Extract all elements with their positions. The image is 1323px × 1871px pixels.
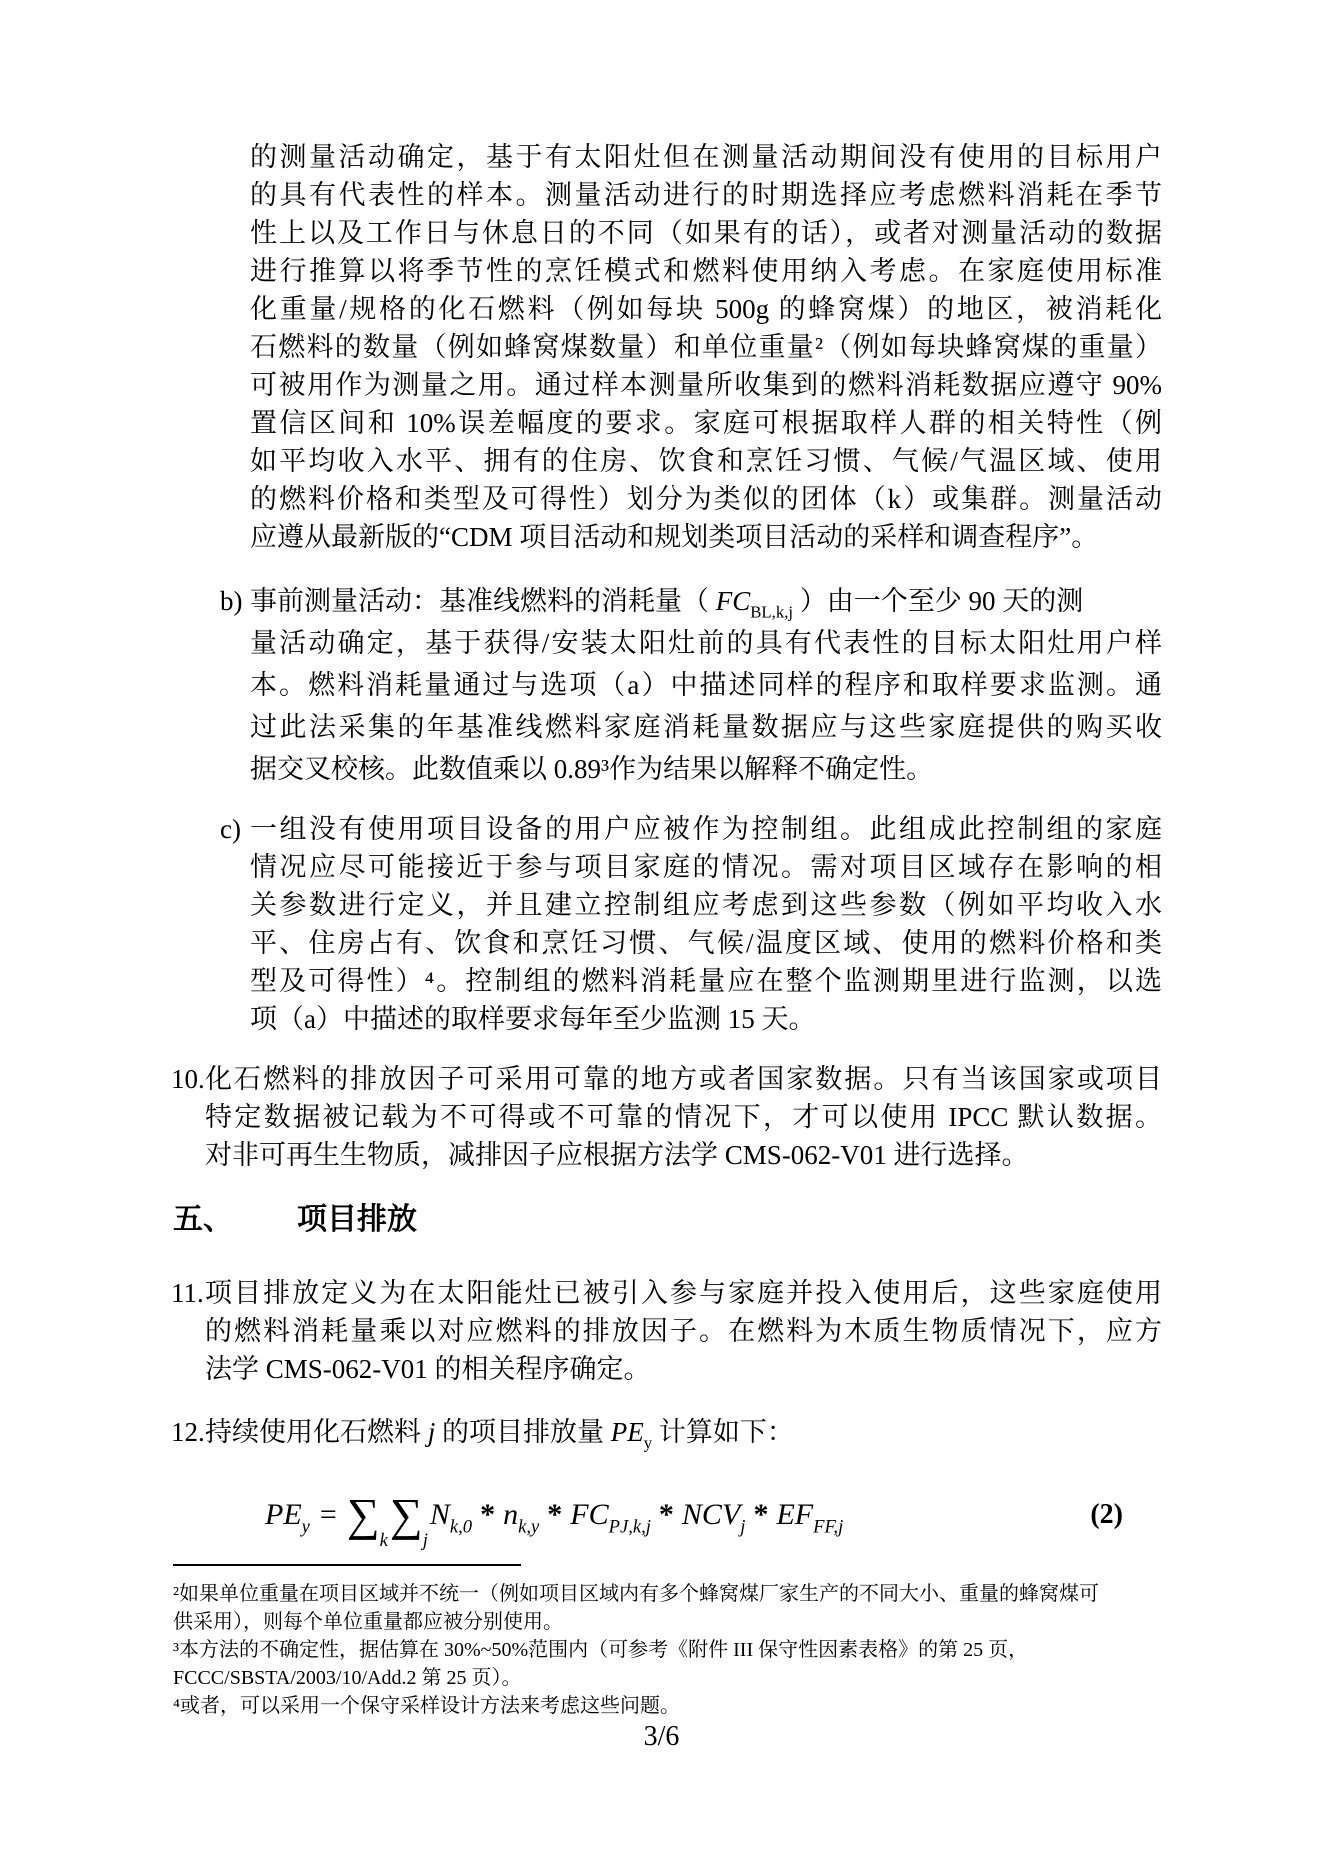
text-segment: 事前测量活动：基准线燃料的消耗量（ [250, 586, 716, 616]
multiply-operator: * [472, 1498, 503, 1532]
text-line: 的测量活动确定，基于有太阳灶但在测量活动期间没有使用的目标用户 [250, 138, 1162, 176]
variable: FC [716, 586, 751, 616]
sigma-symbol: ∑ [347, 1495, 380, 1535]
item-number: 12. [171, 1410, 205, 1454]
document-page: 的测量活动确定，基于有太阳灶但在测量活动期间没有使用的目标用户 的具有代表性的样… [0, 0, 1323, 1871]
text-line: 据交叉校核。此数值乘以 0.89³作为结果以解释不确定性。 [250, 748, 1162, 790]
summation-j: ∑j [390, 1495, 428, 1535]
text-line: 化石燃料的排放因子可采用可靠的地方或者国家数据。只有当该国家或项目 [205, 1060, 1162, 1098]
text-line: 量活动确定，基于获得/安装太阳灶前的具有代表性的目标太阳灶用户样 [250, 622, 1162, 664]
text-line: 可被用作为测量之用。通过样本测量所收集到的燃料消耗数据应遵守 90% [250, 366, 1162, 404]
text-line: 特定数据被记载为不可得或不可靠的情况下，才可以使用 IPCC 默认数据。 [205, 1098, 1162, 1136]
numbered-item-10: 10. 化石燃料的排放因子可采用可靠的地方或者国家数据。只有当该国家或项目 特定… [205, 1060, 1162, 1174]
subscript: y [302, 1516, 310, 1537]
multiply-operator: * [745, 1498, 776, 1532]
subscript: k,0 [450, 1516, 472, 1537]
section-heading: 五、项目排放 [173, 1200, 1323, 1240]
text-segment: 计算如下： [652, 1417, 794, 1447]
text-line: 化重量/规格的化石燃料（例如每块 500g 的蜂窝煤）的地区，被消耗化 [250, 290, 1162, 328]
subscript: k,y [518, 1516, 539, 1537]
list-item-c: c) 一组没有使用项目设备的用户应被作为控制组。此组成此控制组的家庭 情况应尽可… [250, 810, 1162, 1038]
inline-formula: PEy [611, 1417, 652, 1447]
footnote-rule [173, 1564, 521, 1566]
variable: PE [611, 1417, 644, 1447]
subscript: y [644, 1434, 652, 1453]
subscript: PJ,k,j [609, 1516, 651, 1537]
equation-number: (2) [1090, 1499, 1123, 1531]
item-number: 10. [171, 1060, 205, 1098]
variable: nk,y [503, 1498, 539, 1532]
multiply-operator: * [651, 1498, 682, 1532]
text-segment: 持续使用化石燃料 [205, 1417, 428, 1447]
text-line: 性上以及工作日与休息日的不同（如果有的话），或者对测量活动的数据 [250, 214, 1162, 252]
text-line: 一组没有使用项目设备的用户应被作为控制组。此组成此控制组的家庭 [250, 810, 1162, 848]
item-number: 11. [171, 1274, 204, 1312]
equation-formula: PEy=∑k∑jNk,0*nk,y*FCPJ,k,j*NCVj*EFFF,j [265, 1495, 843, 1535]
text-line: 的燃料消耗量乘以对应燃料的排放因子。在燃料为木质生物质情况下，应方 [205, 1312, 1162, 1350]
variable: NCVj [682, 1498, 746, 1532]
text-line: 关参数进行定义，并且建立控制组应考虑到这些参数（例如平均收入水 [250, 886, 1162, 924]
paragraph-a-continuation: 的测量活动确定，基于有太阳灶但在测量活动期间没有使用的目标用户 的具有代表性的样… [250, 138, 1162, 556]
variable: Nk,0 [430, 1498, 472, 1532]
footnote-3-line: ³本方法的不确定性，据估算在 30%~50%范围内（可参考《附件 III 保守性… [173, 1636, 1165, 1664]
multiply-operator: * [539, 1498, 570, 1532]
inline-formula: FCBL,k,j [716, 586, 793, 616]
item-label: c) [220, 810, 241, 848]
variable: EFFF,j [776, 1498, 843, 1532]
text-line: 的燃料价格和类型及可得性）划分为类似的团体（k）或集群。测量活动 [250, 480, 1162, 518]
numbered-item-11: 11. 项目排放定义为在太阳能灶已被引入参与家庭并投入使用后，这些家庭使用 的燃… [205, 1274, 1162, 1388]
footnote-4-line: ⁴或者，可以采用一个保守采样设计方法来考虑这些问题。 [173, 1692, 1165, 1720]
text-line: 如平均收入水平、拥有的住房、饮食和烹饪习惯、气候/气温区域、使用 [250, 442, 1162, 480]
text-line: 进行推算以将季节性的烹饪模式和燃料使用纳入考虑。在家庭使用标准 [250, 252, 1162, 290]
text-line: 对非可再生生物质，减排因子应根据方法学 CMS-062-V01 进行选择。 [205, 1136, 1162, 1174]
equation-row: PEy=∑k∑jNk,0*nk,y*FCPJ,k,j*NCVj*EFFF,j (… [265, 1484, 1163, 1546]
text-line-with-formula: 持续使用化石燃料 j 的项目排放量 PEy 计算如下： [205, 1410, 1162, 1454]
section-number: 五、 [173, 1203, 233, 1236]
text-line: 平、住房占有、饮食和烹饪习惯、气候/温度区域、使用的燃料价格和类 [250, 924, 1162, 962]
footnotes: ²如果单位重量在项目区域并不统一（例如项目区域内有多个蜂窝煤厂家生产的不同大小、… [173, 1580, 1165, 1720]
text-segment: ）由一个至少 90 天的测 [793, 586, 1083, 616]
text-line: 本。燃料消耗量通过与选项（a）中描述同样的程序和取样要求监测。通 [250, 664, 1162, 706]
variable: FCPJ,k,j [570, 1498, 651, 1532]
text-line: 项（a）中描述的取样要求每年至少监测 15 天。 [250, 1000, 1162, 1038]
text-line: 情况应尽可能接近于参与项目家庭的情况。需对项目区域存在影响的相 [250, 848, 1162, 886]
numbered-item-12: 12. 持续使用化石燃料 j 的项目排放量 PEy 计算如下： [205, 1410, 1162, 1454]
text-line-with-formula: 事前测量活动：基准线燃料的消耗量（ FCBL,k,j ）由一个至少 90 天的测 [250, 580, 1162, 622]
summation-k: ∑k [347, 1495, 388, 1535]
subscript: BL,k,j [750, 603, 793, 622]
footnote-2-line: 供采用），则每个单位重量都应被分别使用。 [173, 1608, 1165, 1636]
equals-sign: = [310, 1498, 347, 1532]
text-line: 法学 CMS-062-V01 的相关程序确定。 [205, 1350, 1162, 1388]
section-title: 项目排放 [297, 1203, 417, 1236]
sigma-symbol: ∑ [390, 1495, 423, 1535]
page-number: 3/6 [0, 1720, 1323, 1754]
text-line: 过此法采集的年基准线燃料家庭消耗量数据应与这些家庭提供的购买收 [250, 706, 1162, 748]
footnote-2-line: ²如果单位重量在项目区域并不统一（例如项目区域内有多个蜂窝煤厂家生产的不同大小、… [173, 1580, 1165, 1608]
text-line: 项目排放定义为在太阳能灶已被引入参与家庭并投入使用后，这些家庭使用 [205, 1274, 1162, 1312]
footnote-3-line: FCCC/SBSTA/2003/10/Add.2 第 25 页）。 [173, 1664, 1165, 1692]
text-line: 的具有代表性的样本。测量活动进行的时期选择应考虑燃料消耗在季节 [250, 176, 1162, 214]
text-line: 石燃料的数量（例如蜂窝煤数量）和单位重量²（例如每块蜂窝煤的重量） [250, 328, 1162, 366]
text-line: 置信区间和 10%误差幅度的要求。家庭可根据取样人群的相关特性（例 [250, 404, 1162, 442]
subscript: FF,j [813, 1516, 843, 1537]
list-item-b: b) 事前测量活动：基准线燃料的消耗量（ FCBL,k,j ）由一个至少 90 … [250, 580, 1162, 790]
text-segment: 的项目排放量 [435, 1417, 611, 1447]
text-line: 型及可得性）⁴。控制组的燃料消耗量应在整个监测期里进行监测，以选 [250, 962, 1162, 1000]
text-line: 应遵从最新版的“CDM 项目活动和规划类项目活动的采样和调查程序”。 [250, 518, 1162, 556]
variable: PEy [265, 1498, 310, 1532]
item-label: b) [220, 580, 243, 622]
